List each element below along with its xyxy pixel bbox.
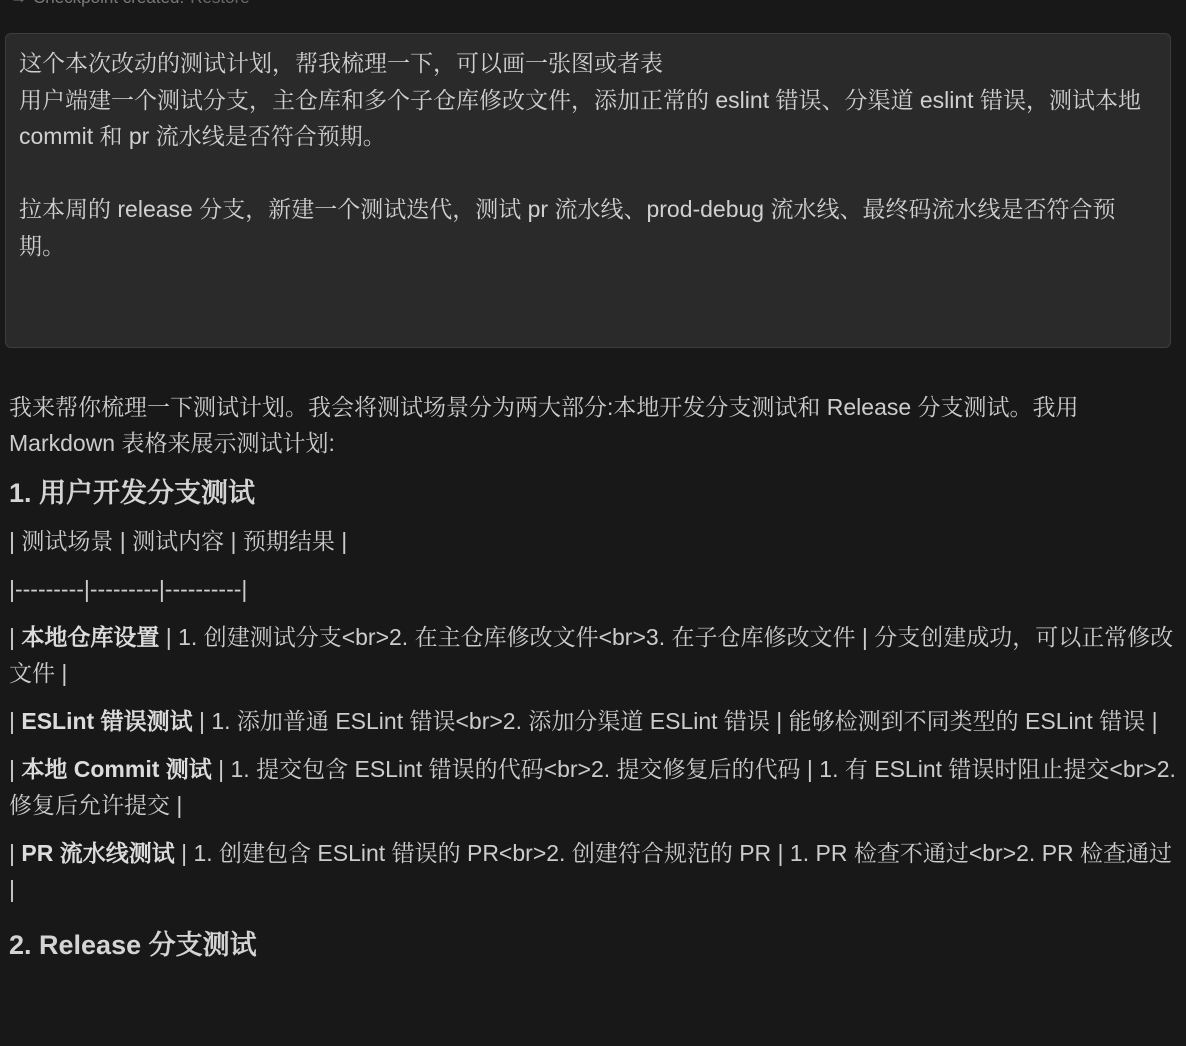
row-scenario: PR 流水线测试	[21, 840, 174, 866]
table-row: | 本地 Commit 测试 | 1. 提交包含 ESLint 错误的代码<br…	[9, 751, 1179, 823]
prompt-line: 这个本次改动的测试计划，帮我梳理一下，可以画一张图或者表	[19, 45, 1157, 82]
table-row: | PR 流水线测试 | 1. 创建包含 ESLint 错误的 PR<br>2.…	[9, 835, 1179, 907]
section-heading: 1. 用户开发分支测试	[9, 475, 1179, 511]
row-content: | 1. 创建测试分支<br>2. 在主仓库修改文件<br>3. 在子仓库修改文…	[9, 624, 1173, 686]
checkpoint-notice: →Checkpoint created.Restore	[10, 0, 250, 8]
row-content: | 1. 创建包含 ESLint 错误的 PR<br>2. 创建符合规范的 PR…	[9, 840, 1172, 902]
arrow-right-icon: →	[10, 0, 27, 7]
table-header-line: | 测试场景 | 测试内容 | 预期结果 |	[9, 523, 1179, 559]
assistant-response: 我来帮你梳理一下测试计划。我会将测试场景分为两大部分:本地开发分支测试和 Rel…	[9, 389, 1179, 975]
prompt-line: 拉本周的 release 分支，新建一个测试迭代，测试 pr 流水线、prod-…	[19, 191, 1157, 264]
restore-link[interactable]: Restore	[190, 0, 250, 7]
response-intro: 我来帮你梳理一下测试计划。我会将测试场景分为两大部分:本地开发分支测试和 Rel…	[9, 389, 1179, 461]
user-prompt-box[interactable]: 这个本次改动的测试计划，帮我梳理一下，可以画一张图或者表 用户端建一个测试分支，…	[5, 33, 1171, 348]
row-content: | 1. 添加普通 ESLint 错误<br>2. 添加分渠道 ESLint 错…	[193, 708, 1158, 734]
table-row: | ESLint 错误测试 | 1. 添加普通 ESLint 错误<br>2. …	[9, 703, 1179, 739]
table-row: | 本地仓库设置 | 1. 创建测试分支<br>2. 在主仓库修改文件<br>3…	[9, 619, 1179, 691]
checkpoint-text: Checkpoint created.	[33, 0, 184, 7]
table-separator-line: |---------|---------|----------|	[9, 571, 1179, 607]
section-heading: 2. Release 分支测试	[9, 927, 1179, 963]
blank-line	[19, 155, 1157, 192]
prompt-line: 用户端建一个测试分支，主仓库和多个子仓库修改文件，添加正常的 eslint 错误…	[19, 82, 1157, 155]
row-scenario: 本地仓库设置	[21, 624, 159, 650]
row-scenario: ESLint 错误测试	[21, 708, 192, 734]
row-scenario: 本地 Commit 测试	[21, 756, 211, 782]
